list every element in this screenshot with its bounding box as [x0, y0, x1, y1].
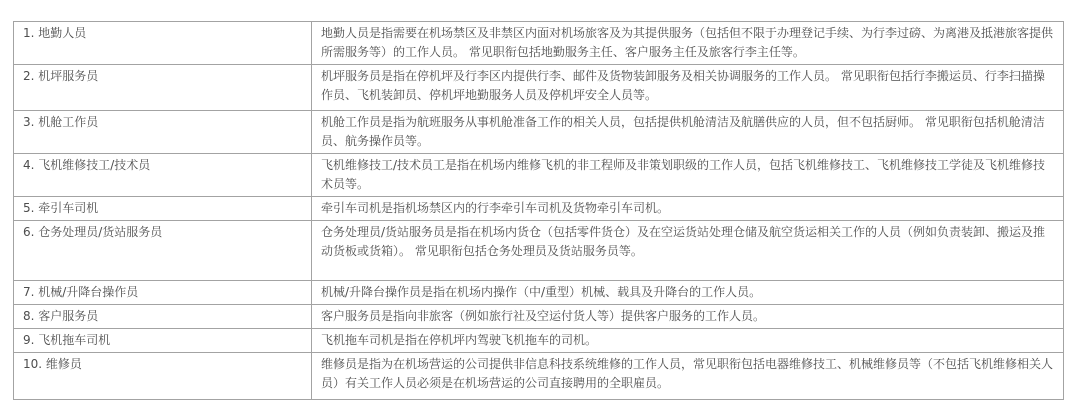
definition-cell: 飞机维修技工/技术员工是指在机场内维修飞机的非工程师及非策划职级的工作人员，包括…: [312, 154, 1064, 197]
definition-cell: 飞机拖车司机是指在停机坪内驾驶飞机拖车的司机。: [312, 329, 1064, 353]
table-row: 5. 牵引车司机 牵引车司机是指机场禁区内的行李牵引车司机及货物牵引车司机。: [14, 197, 1064, 221]
definition-cell: 机舱工作员是指为航班服务从事机舱准备工作的相关人员，包括提供机舱清洁及航膳供应的…: [312, 111, 1064, 154]
table-row: 7. 机械/升降台操作员 机械/升降台操作员是指在机场内操作（中/重型）机械、载…: [14, 281, 1064, 305]
term-cell: 2. 机坪服务员: [14, 65, 312, 111]
term-cell: 7. 机械/升降台操作员: [14, 281, 312, 305]
table-row: 6. 仓务处理员/货站服务员 仓务处理员/货站服务员是指在机场内货仓（包括零件货…: [14, 221, 1064, 281]
definition-cell: 客户服务员是指向非旅客（例如旅行社及空运付货人等）提供客户服务的工作人员。: [312, 305, 1064, 329]
table-row: 10. 维修员 维修员是指为在机场营运的公司提供非信息科技系统维修的工作人员，常…: [14, 353, 1064, 400]
term-cell: 6. 仓务处理员/货站服务员: [14, 221, 312, 281]
table-row: 2. 机坪服务员 机坪服务员是指在停机坪及行李区内提供行李、邮件及货物装卸服务及…: [14, 65, 1064, 111]
term-cell: 3. 机舱工作员: [14, 111, 312, 154]
term-cell: 9. 飞机拖车司机: [14, 329, 312, 353]
table-row: 8. 客户服务员 客户服务员是指向非旅客（例如旅行社及空运付货人等）提供客户服务…: [14, 305, 1064, 329]
definition-cell: 机械/升降台操作员是指在机场内操作（中/重型）机械、载具及升降台的工作人员。: [312, 281, 1064, 305]
table-body: 1. 地勤人员 地勤人员是指需要在机场禁区及非禁区内面对机场旅客及为其提供服务（…: [14, 22, 1064, 400]
personnel-definitions-table: 1. 地勤人员 地勤人员是指需要在机场禁区及非禁区内面对机场旅客及为其提供服务（…: [13, 21, 1064, 400]
table-row: 3. 机舱工作员 机舱工作员是指为航班服务从事机舱准备工作的相关人员，包括提供机…: [14, 111, 1064, 154]
term-cell: 4. 飞机维修技工/技术员: [14, 154, 312, 197]
table-row: 1. 地勤人员 地勤人员是指需要在机场禁区及非禁区内面对机场旅客及为其提供服务（…: [14, 22, 1064, 65]
definition-cell: 地勤人员是指需要在机场禁区及非禁区内面对机场旅客及为其提供服务（包括但不限于办理…: [312, 22, 1064, 65]
definition-cell: 牵引车司机是指机场禁区内的行李牵引车司机及货物牵引车司机。: [312, 197, 1064, 221]
table-row: 9. 飞机拖车司机 飞机拖车司机是指在停机坪内驾驶飞机拖车的司机。: [14, 329, 1064, 353]
term-cell: 8. 客户服务员: [14, 305, 312, 329]
term-cell: 10. 维修员: [14, 353, 312, 400]
term-cell: 1. 地勤人员: [14, 22, 312, 65]
table-row: 4. 飞机维修技工/技术员 飞机维修技工/技术员工是指在机场内维修飞机的非工程师…: [14, 154, 1064, 197]
term-cell: 5. 牵引车司机: [14, 197, 312, 221]
definition-cell: 维修员是指为在机场营运的公司提供非信息科技系统维修的工作人员，常见职衔包括电器维…: [312, 353, 1064, 400]
definition-cell: 机坪服务员是指在停机坪及行李区内提供行李、邮件及货物装卸服务及相关协调服务的工作…: [312, 65, 1064, 111]
personnel-definitions-table-container: 1. 地勤人员 地勤人员是指需要在机场禁区及非禁区内面对机场旅客及为其提供服务（…: [13, 21, 1064, 400]
definition-cell: 仓务处理员/货站服务员是指在机场内货仓（包括零件货仓）及在空运货站处理仓储及航空…: [312, 221, 1064, 281]
